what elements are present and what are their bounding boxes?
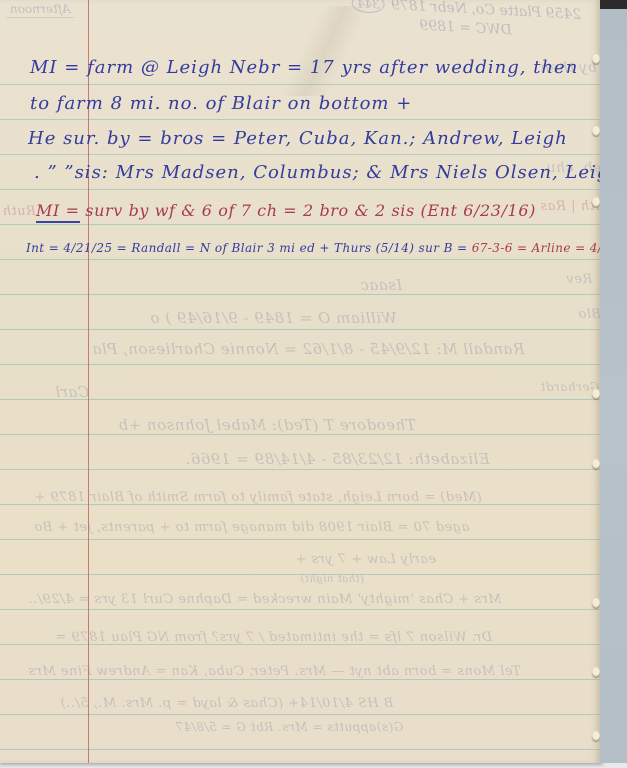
bleedthrough-line: Gerhardt xyxy=(540,380,600,394)
bleedthrough-line: aged 70 = Blair 1908 did manage farm to … xyxy=(34,520,469,535)
stitch-hole xyxy=(592,389,600,399)
note-line-2: to farm 8 mi. no. of Blair on bottom + xyxy=(30,94,412,114)
bleedthrough-header: 2459 Platte Co, Nebr 1879344 DWC = 1899 xyxy=(329,0,603,45)
bleedthrough-line: (Med) = born Leigh, state family to farm… xyxy=(34,490,482,505)
bleedthrough-line: Isaac xyxy=(360,276,402,294)
bleedthrough-line: Elizabeth: 12/23/85 - 4/14/89 = 1966. xyxy=(185,450,490,468)
stitch-hole xyxy=(592,126,600,136)
bleedthrough-line: Carl xyxy=(55,383,89,401)
scanner-dark-corner xyxy=(600,0,627,9)
note-line-6: Int = 4/21/25 = Randall = N of Blair 3 m… xyxy=(26,242,627,255)
note-line-6-blue-part: Int = 4/21/25 = Randall = N of Blair 3 m… xyxy=(26,241,472,255)
stitch-hole xyxy=(592,197,600,207)
stitch-hole xyxy=(592,667,600,677)
red-margin-line xyxy=(88,0,89,763)
bleedthrough-line: Tel Mons = born abt nyt — Mrs. Peter, Cu… xyxy=(28,664,521,679)
note-line-1: MI = farm @ Leigh Nebr = 17 yrs after we… xyxy=(30,58,578,78)
stitch-hole xyxy=(592,54,600,64)
note-line-5: MI = surv by wf & 6 of 7 ch = 2 bro & 2 … xyxy=(36,202,536,220)
note-line-3: He sur. by = bros = Peter, Cuba, Kan.; A… xyxy=(28,129,568,149)
bleedthrough-line: (that night) xyxy=(300,574,364,585)
scanner-background-strip xyxy=(600,0,627,763)
notebook-paper: Afternoon 2459 Platte Co, Nebr 1879344 D… xyxy=(0,0,603,763)
note-line-4: . ” ”sis: Mrs Madsen, Columbus; & Mrs Ni… xyxy=(34,163,622,183)
bleedthrough-corner-word: Afternoon xyxy=(6,2,74,18)
bleedthrough-line: Rev xyxy=(566,272,592,287)
note-line-5-underlined: MI = xyxy=(36,201,80,223)
bleedthrough-line: G(s)apputts = Mrs. Rbt G = 5/8/47 xyxy=(175,720,403,734)
bleedthrough-line: Dr. Wilson 7 lfs = the intimated / 7 yrs… xyxy=(55,630,492,645)
circled-number: 344 xyxy=(351,0,385,14)
note-line-5-rest: surv by wf & 6 of 7 ch = 2 bro & 2 sis (… xyxy=(80,201,536,220)
bleedthrough-line: Theodore T (Ted): Mabel Johnson +b xyxy=(118,416,416,434)
bleedthrough-line: early Law + 7 yrs + xyxy=(295,552,436,567)
stitch-hole xyxy=(592,459,600,469)
stitch-hole xyxy=(592,598,600,608)
bleedthrough-line: B HS 4/10/14+ (Chas & layd = p. Mrs. M.,… xyxy=(60,696,393,711)
bleedthrough-line: William O = 1849 - 9/16/49 ) o xyxy=(150,309,397,327)
bleedthrough-line: Randall M: 12/9/45 - 8/1/62 = Nonnie Cha… xyxy=(92,340,525,358)
bleedthrough-line: Ruth xyxy=(2,204,36,219)
scanned-notebook-page: { "document": { "kind": "scanned handwri… xyxy=(0,0,627,768)
bleedthrough-line: Blo xyxy=(578,307,601,322)
stitch-hole xyxy=(592,731,600,741)
bleedthrough-line: Mrs + Chas 'mighty' Main wrecked = Daphn… xyxy=(28,592,502,607)
